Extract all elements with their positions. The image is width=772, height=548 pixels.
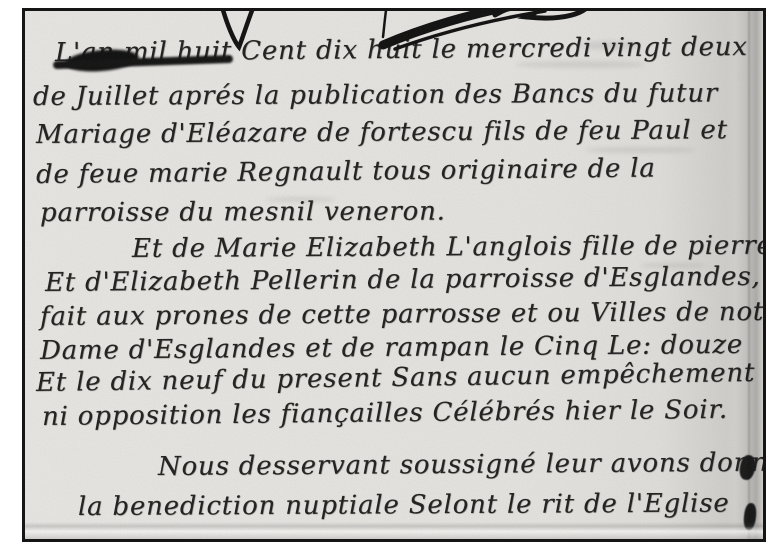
- scan-border-frame: L'an mil huit Cent dix huit le mercredi …: [22, 8, 766, 542]
- manuscript-line: Et d'Elizabeth Pellerin de la parroisse …: [45, 262, 761, 298]
- manuscript-page: L'an mil huit Cent dix huit le mercredi …: [25, 11, 763, 539]
- manuscript-line: parroisse du mesnil veneron.: [40, 197, 446, 228]
- manuscript-line: Et de Marie Elizabeth L'anglois fille de…: [132, 231, 766, 264]
- manuscript-line: Mariage d'Eléazare de fortescu fils de f…: [36, 115, 728, 150]
- manuscript-text: L'an mil huit Cent dix huit le mercredi …: [25, 11, 763, 539]
- manuscript-line: fait aux prones de cette parrosse et ou …: [40, 297, 766, 332]
- manuscript-line: la benediction nuptiale Selont le rit de…: [78, 489, 730, 522]
- scan-canvas: L'an mil huit Cent dix huit le mercredi …: [0, 0, 772, 548]
- scan-bottom-edge: [25, 522, 763, 539]
- page-fold-crease: [748, 11, 750, 539]
- manuscript-line: Nous desservant soussigné leur avons don…: [158, 448, 766, 482]
- manuscript-line: ni opposition les fiançailles Célébrés h…: [42, 395, 728, 432]
- manuscript-line: de Juillet aprés la publication des Banc…: [33, 78, 718, 112]
- manuscript-line: de feue marie Regnault tous originaire d…: [36, 154, 656, 190]
